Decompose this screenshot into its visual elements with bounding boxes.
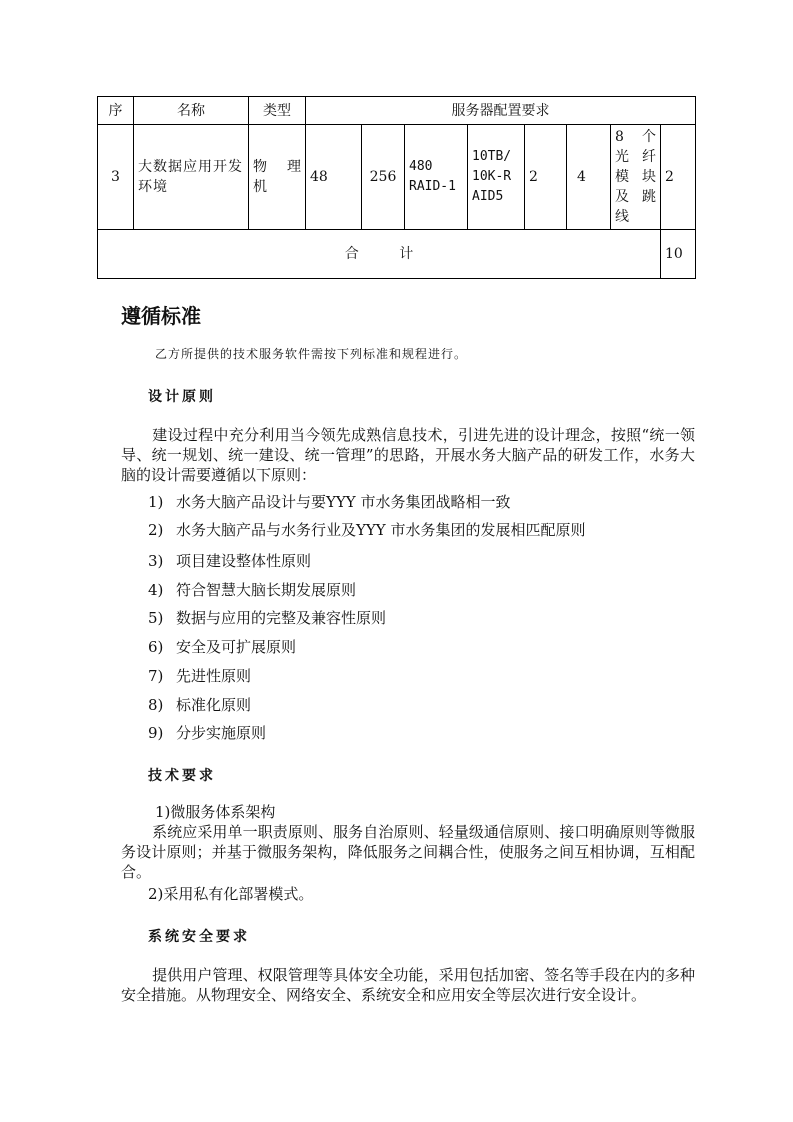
table-total-row: 合 计 10 [98, 230, 696, 279]
list-text: 项目建设整体性原则 [176, 552, 311, 570]
header-seq: 序 [98, 97, 134, 125]
list-text: 安全及可扩展原则 [176, 638, 296, 656]
cell-type: 物 理 机 [249, 125, 306, 230]
cell-quantity: 2 [661, 125, 696, 230]
list-num: 7) [148, 666, 176, 686]
tech-item1-body: 系统应采用单一职责原则、服务自治原则、轻量级通信原则、接口明确原则等微服务设计原… [121, 822, 695, 882]
list-item: 3)项目建设整体性原则 [148, 551, 311, 571]
intro-note: 乙方所提供的技术服务软件需按下列标准和规程进行。 [155, 345, 467, 362]
tech-item2: 2)采用私有化部署模式。 [148, 884, 648, 904]
list-item: 1)水务大脑产品设计与要YYY 市水务集团战略相一致 [148, 492, 510, 512]
list-text: 水务大脑产品设计与要YYY 市水务集团战略相一致 [176, 493, 510, 511]
cell-system-disk: 480 RAID-1 [405, 125, 468, 230]
list-num: 3) [148, 551, 176, 571]
cell-memory: 256 [362, 125, 405, 230]
cell-seq: 3 [98, 125, 134, 230]
list-text: 水务大脑产品与水务行业及YYY 市水务集团的发展相匹配原则 [176, 521, 585, 539]
list-item: 9)分步实施原则 [148, 723, 266, 743]
security-heading: 系统安全要求 [148, 926, 250, 946]
list-num: 2) [148, 520, 176, 540]
list-item: 4)符合智慧大脑长期发展原则 [148, 580, 356, 600]
tech-item1-body-text: 系统应采用单一职责原则、服务自治原则、轻量级通信原则、接口明确原则等微服务设计原… [121, 823, 695, 881]
design-paragraph: 建设过程中充分利用当今领先成熟信息技术，引进先进的设计理念，按照“统一领导、统一… [121, 425, 695, 485]
list-item: 6)安全及可扩展原则 [148, 637, 296, 657]
header-name: 名称 [134, 97, 249, 125]
list-text: 数据与应用的完整及兼容性原则 [176, 609, 386, 627]
list-item: 8)标准化原则 [148, 695, 251, 715]
total-label: 合 计 [98, 230, 661, 279]
table-row: 3 大数据应用开发环境 物 理 机 48 256 480 RAID-1 10TB… [98, 125, 696, 230]
server-config-table: 序 名称 类型 服务器配置要求 3 大数据应用开发环境 物 理 机 48 256… [97, 96, 696, 279]
header-type: 类型 [249, 97, 306, 125]
list-num: 8) [148, 695, 176, 715]
list-text: 分步实施原则 [176, 724, 266, 742]
list-item: 2)水务大脑产品与水务行业及YYY 市水务集团的发展相匹配原则 [148, 520, 585, 540]
list-num: 5) [148, 608, 176, 628]
list-num: 6) [148, 637, 176, 657]
list-num: 9) [148, 723, 176, 743]
security-paragraph-text: 提供用户管理、权限管理等具体安全功能，采用包括加密、签名等手段在内的多种安全措施… [121, 966, 695, 1004]
cell-name: 大数据应用开发环境 [134, 125, 249, 230]
tech-item1-title: 1)微服务体系架构 [155, 802, 655, 822]
list-text: 标准化原则 [176, 696, 251, 714]
header-config: 服务器配置要求 [306, 97, 696, 125]
total-value: 10 [661, 230, 696, 279]
section-title: 遵循标准 [121, 300, 201, 329]
design-paragraph-text: 建设过程中充分利用当今领先成熟信息技术，引进先进的设计理念，按照“统一领导、统一… [121, 426, 695, 484]
list-num: 1) [148, 492, 176, 512]
cell-col8: 2 [525, 125, 567, 230]
list-item: 5)数据与应用的完整及兼容性原则 [148, 608, 386, 628]
list-item: 7)先进性原则 [148, 666, 251, 686]
design-heading: 设计原则 [148, 386, 216, 406]
list-text: 符合智慧大脑长期发展原则 [176, 581, 356, 599]
cell-cpu: 48 [306, 125, 362, 230]
cell-fiber: 8 个光纤模块及跳线 [611, 125, 661, 230]
cell-data-disk: 10TB/ 10K-R AID5 [468, 125, 525, 230]
security-paragraph: 提供用户管理、权限管理等具体安全功能，采用包括加密、签名等手段在内的多种安全措施… [121, 965, 695, 1005]
list-text: 先进性原则 [176, 667, 251, 685]
cell-col9: 4 [567, 125, 611, 230]
list-num: 4) [148, 580, 176, 600]
table-header-row: 序 名称 类型 服务器配置要求 [98, 97, 696, 125]
tech-heading: 技术要求 [148, 765, 216, 785]
